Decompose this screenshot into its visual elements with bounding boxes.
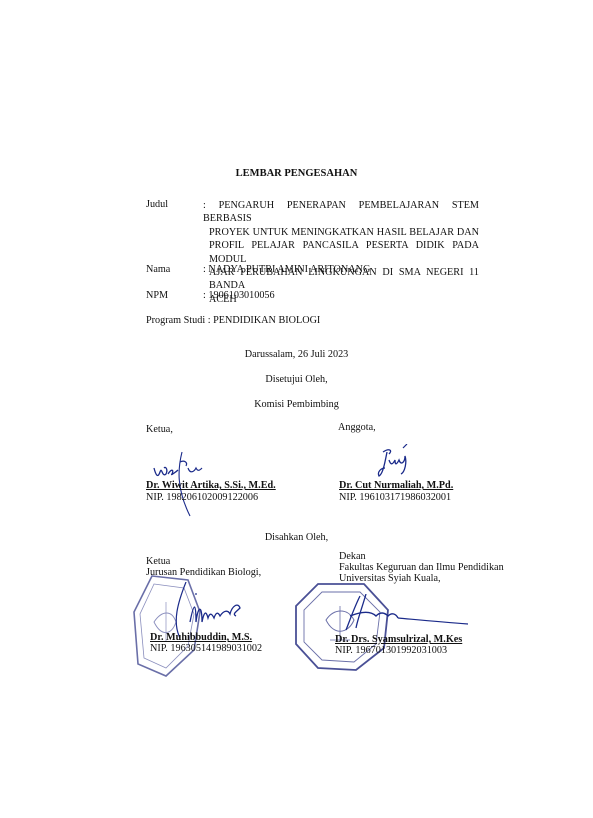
approved-by: Disetujui Oleh, (0, 374, 593, 385)
signature-dekan (340, 594, 470, 634)
document-title: LEMBAR PENGESAHAN (0, 168, 593, 179)
ketua-jurusan-nip: NIP. 196305141989031002 (150, 643, 262, 654)
place-date: Darussalam, 26 Juli 2023 (0, 349, 593, 360)
judul-line-1: : PENGARUH PENERAPAN PEMBELAJARAN STEM B… (203, 199, 479, 226)
nama-label: Nama (146, 264, 170, 275)
dekan-nip: NIP. 196701301992031003 (335, 645, 447, 656)
dekan-role-1: Dekan (339, 551, 366, 562)
anggota-advisor-nip: NIP. 196103171986032001 (339, 492, 451, 503)
ketua-role: Ketua, (146, 424, 173, 435)
ratified-by: Disahkan Oleh, (0, 532, 593, 543)
program-studi-label-text: Program Studi (146, 315, 205, 326)
judul-line-2: PROYEK UNTUK MENINGKATKAN HASIL BELAJAR … (203, 226, 479, 239)
ketua-advisor-name: Dr. Wiwit Artika, S.Si., M.Ed. (146, 480, 276, 491)
npm-label: NPM (146, 290, 168, 301)
anggota-role: Anggota, (338, 422, 376, 433)
npm-value: : 1906103010056 (203, 290, 275, 301)
judul-line-3: PROFIL PELAJAR PANCASILA PESERTA DIDIK P… (203, 239, 479, 266)
program-studi-label: Program Studi : PENDIDIKAN BIOLOGI (146, 315, 320, 326)
nama-value: : NADYA PUTRI AMINI ARITONANG (203, 264, 370, 275)
ketua-advisor-nip: NIP. 198206102009122006 (146, 492, 258, 503)
dekan-name: Dr. Drs. Syamsulrizal, M.Kes (335, 634, 462, 645)
ketua-jurusan-role-1: Ketua (146, 556, 170, 567)
dekan-role-2: Fakultas Keguruan dan Ilmu Pendidikan (339, 562, 504, 573)
committee-label: Komisi Pembimbing (0, 399, 593, 410)
ketua-jurusan-role-2: Jurusan Pendidikan Biologi, (146, 567, 261, 578)
dekan-role-3: Universitas Syiah Kuala, (339, 573, 441, 584)
signature-anggota-advisor (375, 444, 415, 480)
judul-label: Judul (146, 199, 168, 210)
ketua-jurusan-name: Dr. Muhibbuddin, M.S. (150, 632, 252, 643)
anggota-advisor-name: Dr. Cut Nurmaliah, M.Pd. (339, 480, 453, 491)
program-studi-value: : PENDIDIKAN BIOLOGI (208, 315, 321, 326)
